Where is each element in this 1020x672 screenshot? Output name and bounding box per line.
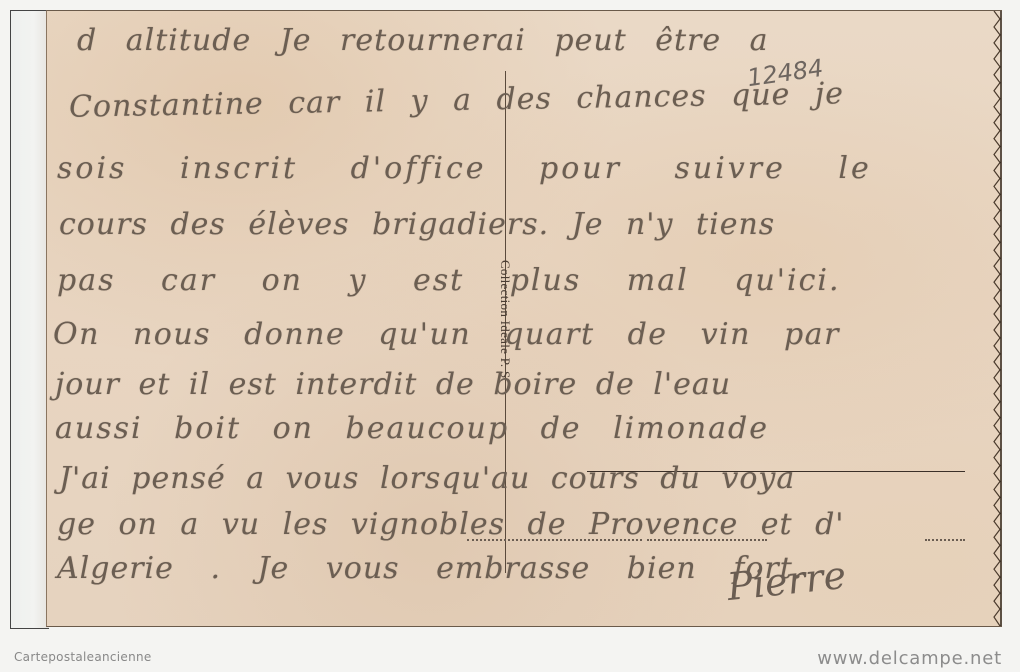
- watermark-delcampe: www.delcampe.net: [817, 648, 1002, 669]
- message-line: J'ai pensé a vous lorsqu'au cours du voy…: [59, 461, 795, 496]
- message-line: Algerie . Je vous embrasse bien fort.: [57, 551, 803, 586]
- message-line: d altitude Je retournerai peut être a: [77, 23, 769, 58]
- message-line: sois inscrit d'office pour suivre le: [57, 151, 872, 186]
- postcard-back: Collection Idéale P. S. 12484 d altitude…: [46, 10, 1002, 627]
- message-line: jour et il est interdit de boire de l'ea…: [55, 367, 731, 402]
- scan-edge-strip: [10, 10, 49, 629]
- message-line: On nous donne qu'un quart de vin par: [53, 317, 840, 352]
- message-line: cours des élèves brigadiers. Je n'y tien…: [59, 207, 775, 242]
- handwritten-message: d altitude Je retournerai peut être a Co…: [47, 11, 1002, 626]
- message-line: pas car on y est plus mal qu'ici.: [57, 263, 841, 298]
- message-line: ge on a vu les vignobles de Provence et …: [57, 507, 845, 542]
- message-line: aussi boit on beaucoup de limonade: [55, 411, 769, 446]
- message-line: Constantine car il y a des chances que j…: [69, 76, 845, 125]
- watermark-cartepostaleancienne: Cartepostaleancienne: [14, 650, 152, 664]
